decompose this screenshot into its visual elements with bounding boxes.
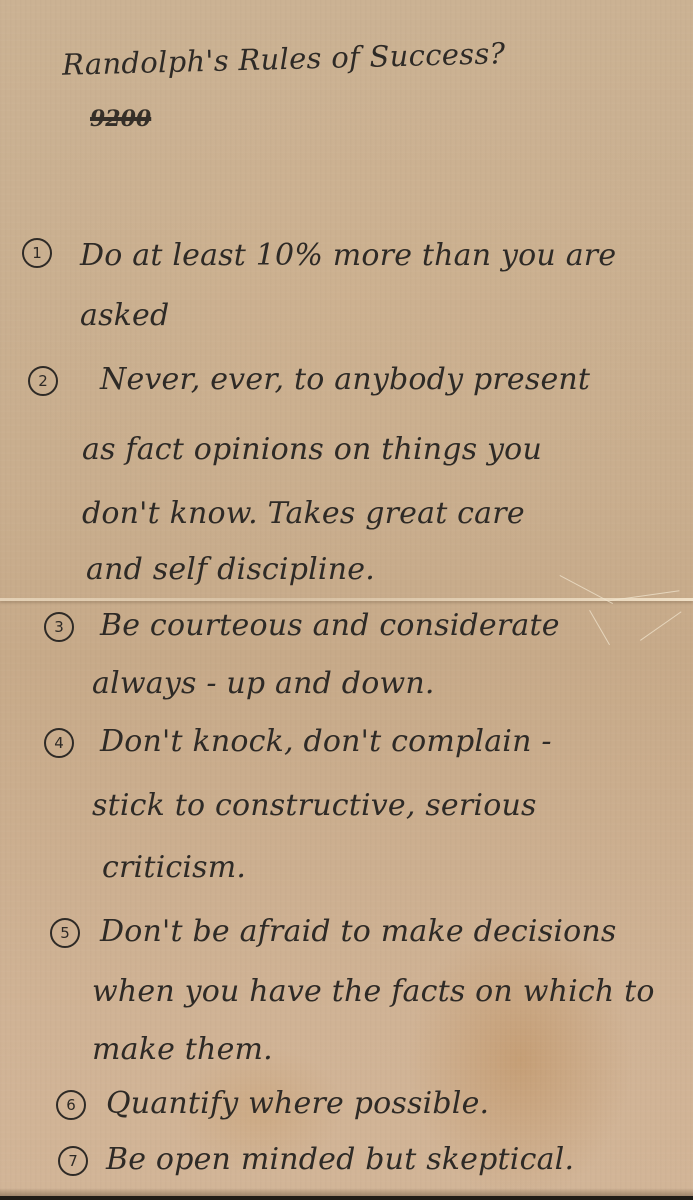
note-title: Randolph's Rules of Success?	[62, 36, 506, 82]
rule-line: criticism.	[102, 850, 246, 885]
scan-border	[0, 1196, 693, 1200]
circled-number: 5	[50, 918, 80, 948]
rule-line: Do at least 10% more than you are	[80, 238, 616, 273]
circled-number: 2	[28, 366, 58, 396]
crossed-out-number: 9200	[90, 106, 151, 132]
rule-line: don't know. Takes great care	[82, 496, 525, 531]
rule-line: as fact opinions on things you	[82, 432, 542, 467]
circled-number: 7	[58, 1146, 88, 1176]
rule-line: always - up and down.	[92, 666, 435, 701]
rule-line: Be open minded but skeptical.	[106, 1142, 574, 1177]
rule-line: asked	[80, 298, 169, 333]
rule-line: Never, ever, to anybody present	[100, 362, 590, 397]
rule-line: when you have the facts on which to	[92, 974, 655, 1009]
rule-line: Quantify where possible.	[106, 1086, 489, 1121]
fold-crease	[0, 598, 693, 601]
rule-line: and self discipline.	[86, 552, 375, 587]
circled-number: 3	[44, 612, 74, 642]
rule-line: Don't knock, don't complain -	[100, 724, 552, 759]
paper-crack	[589, 610, 610, 645]
circled-number: 1	[22, 238, 52, 268]
rule-line: stick to constructive, serious	[92, 788, 537, 823]
circled-number: 4	[44, 728, 74, 758]
paper-crack	[640, 611, 682, 640]
rule-line: Be courteous and considerate	[100, 608, 560, 643]
circled-number: 6	[56, 1090, 86, 1120]
rule-line: Don't be afraid to make decisions	[100, 914, 617, 949]
handwritten-note-page: Randolph's Rules of Success? 9200 1 Do a…	[0, 0, 693, 1196]
paper-edge-shadow	[0, 1188, 693, 1196]
rule-line: make them.	[92, 1032, 273, 1067]
